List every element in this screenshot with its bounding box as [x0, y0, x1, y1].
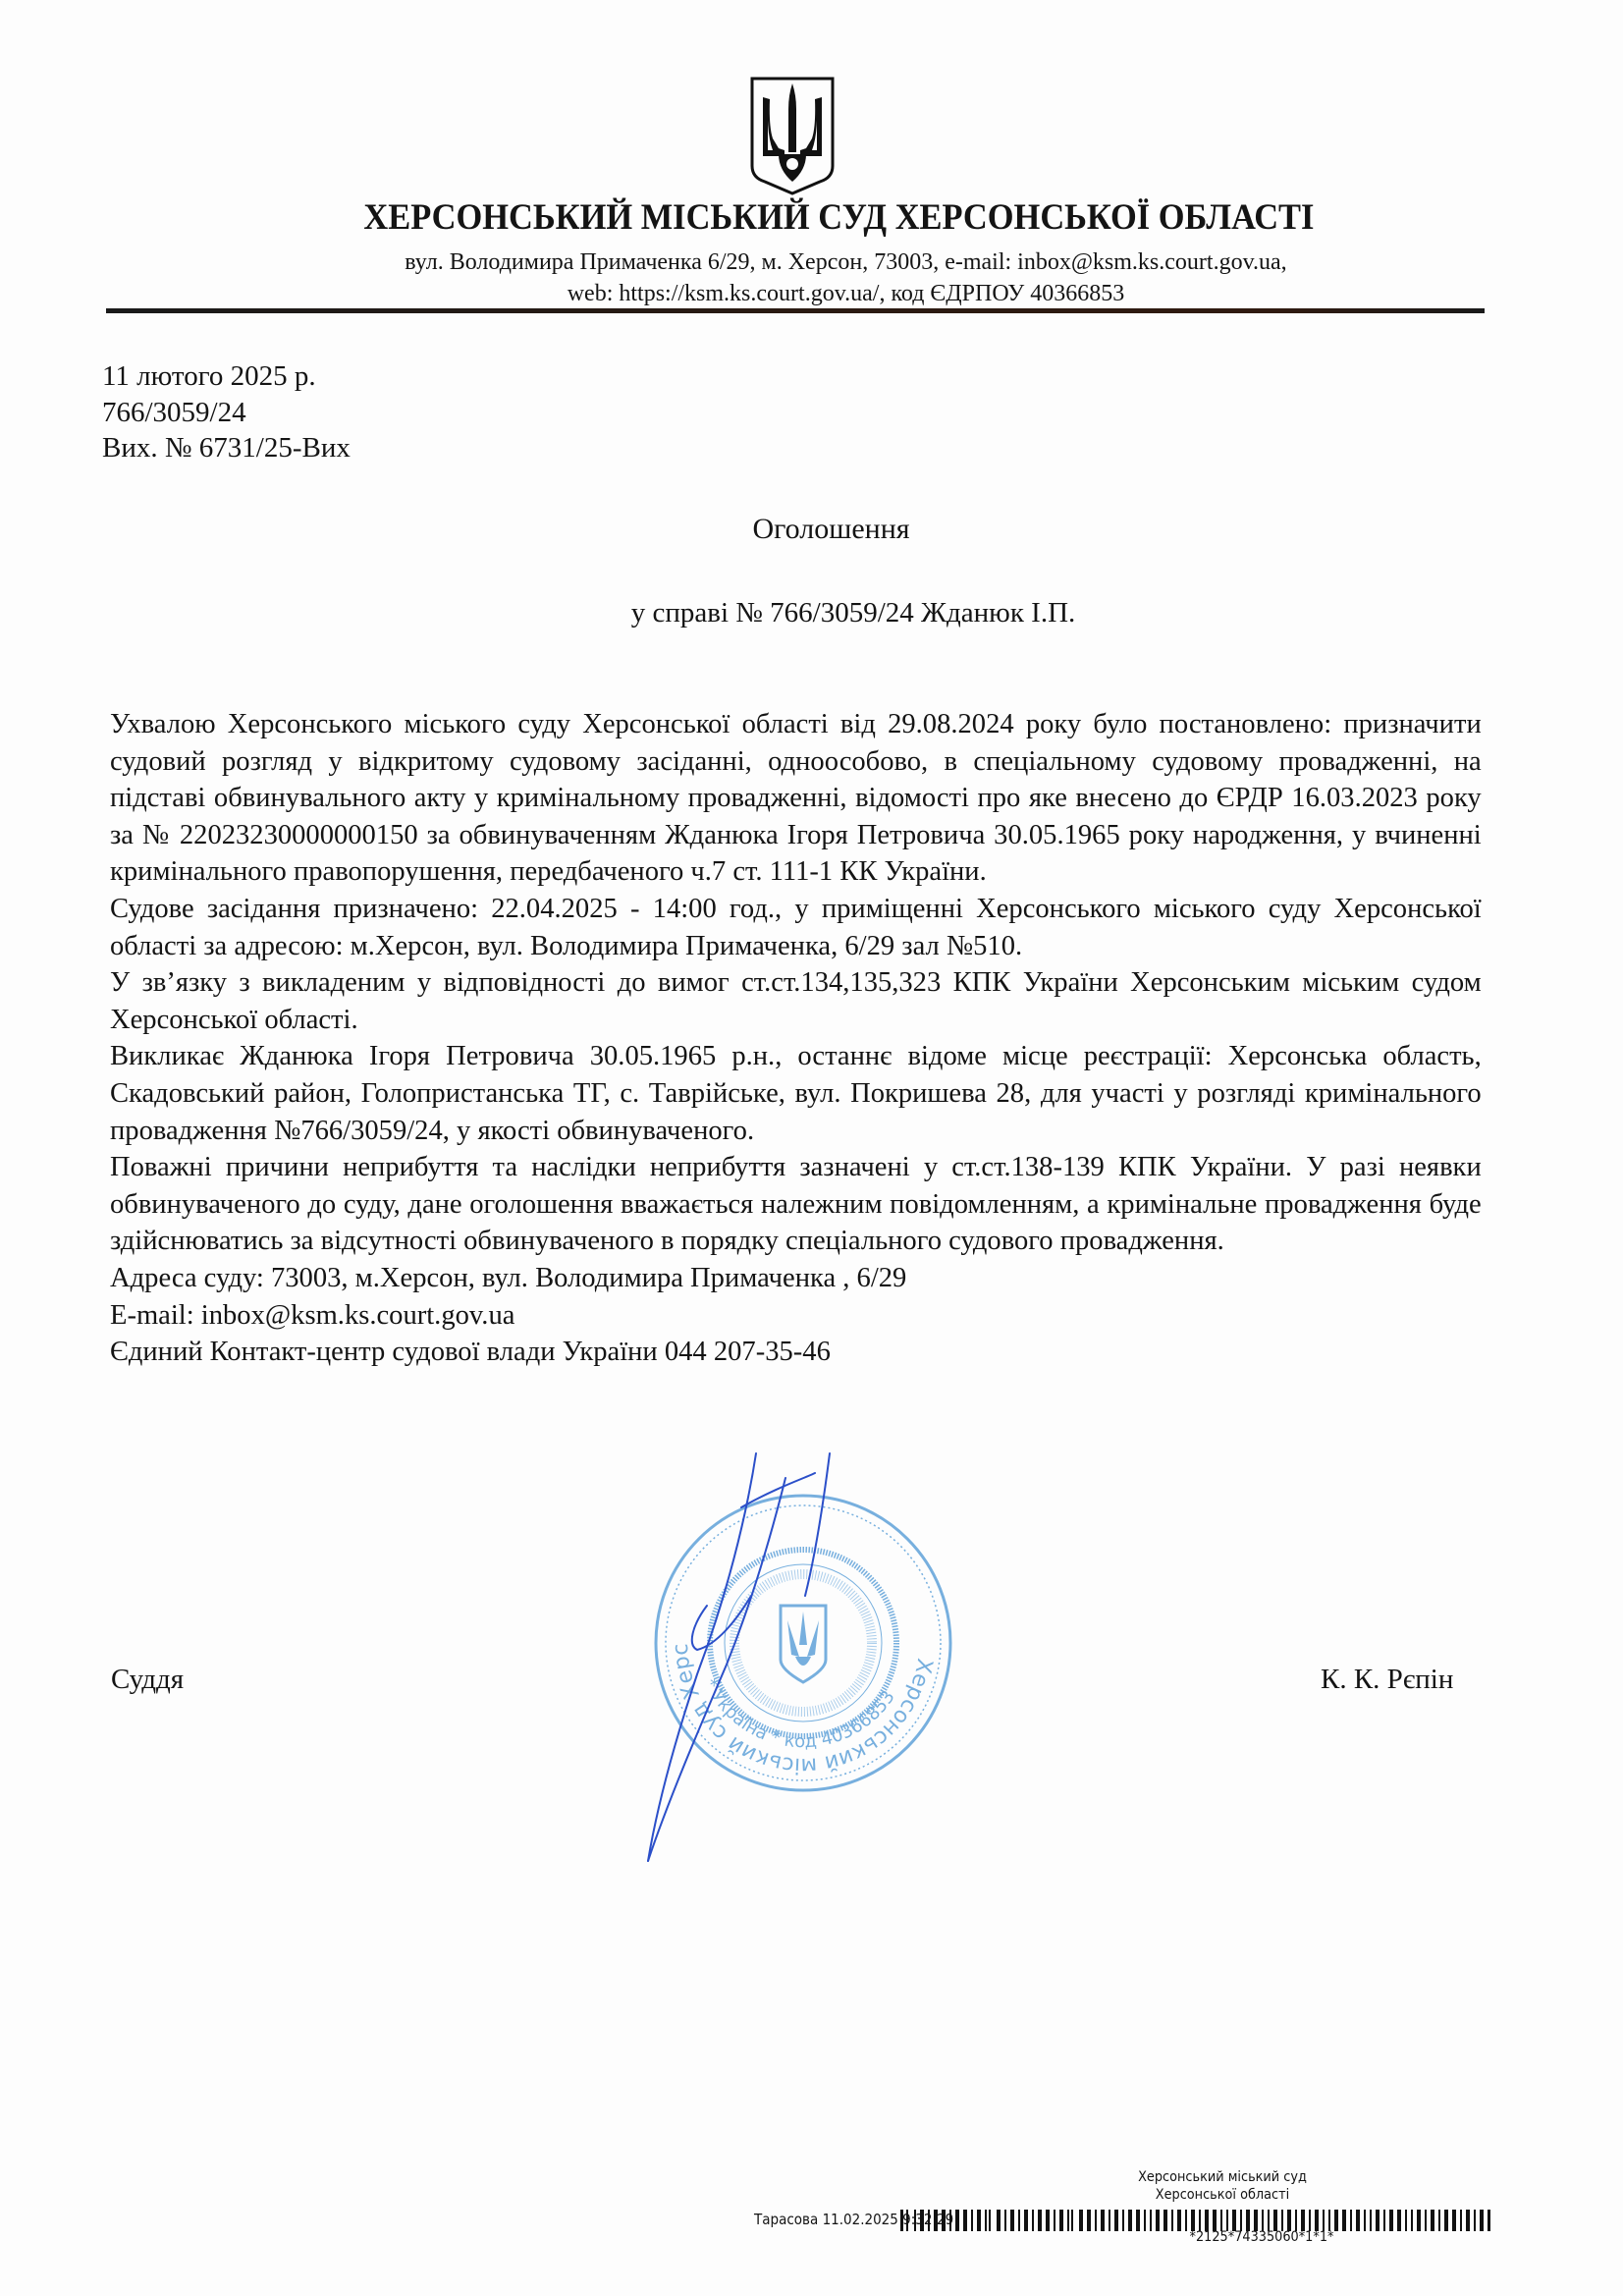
footer-court-line-2: Херсонської області [1078, 2186, 1367, 2204]
court-address-line-1: вул. Володимира Примаченка 6/29, м. Херс… [69, 246, 1623, 278]
contact-center-line: Єдиний Контакт-центр судової влади Украї… [110, 1334, 1482, 1371]
footer-court-name: Херсонський міський суд Херсонської обла… [1078, 2168, 1367, 2204]
outgoing-number: Вих. № 6731/25-Вих [102, 430, 351, 466]
court-address: вул. Володимира Примаченка 6/29, м. Херс… [0, 246, 1623, 309]
court-address-line-2: web: https://ksm.ks.court.gov.ua/, код Є… [69, 278, 1623, 309]
coat-of-arms-icon [749, 76, 836, 195]
paragraph-legal-basis: У зв’язку з викладеним у відповідності д… [110, 964, 1482, 1038]
document-date: 11 лютого 2025 р. [102, 358, 351, 395]
paragraph-consequences: Поважні причини неприбуття та наслідки н… [110, 1149, 1482, 1260]
header-divider [106, 308, 1485, 313]
barcode-icon [900, 2210, 1492, 2231]
judge-name: К. К. Рєпін [1321, 1664, 1453, 1696]
case-number: 766/3059/24 [102, 395, 351, 431]
barcode-number: *2125*74335060*1*1* [1171, 2229, 1352, 2245]
document-meta: 11 лютого 2025 р. 766/3059/24 Вих. № 673… [102, 358, 351, 466]
paragraph-ruling: Ухвалою Херсонського міського суду Херсо… [110, 706, 1482, 891]
footer-court-line-1: Херсонський міський суд [1078, 2168, 1367, 2186]
court-email-line: E-mail: inbox@ksm.ks.court.gov.ua [110, 1297, 1482, 1335]
document-title: Оголошення [0, 513, 1623, 546]
court-name: ХЕРСОНСЬКИЙ МІСЬКИЙ СУД ХЕРСОНСЬКОЇ ОБЛА… [57, 196, 1566, 239]
judge-signature [589, 1449, 913, 1881]
paragraph-hearing-date: Судове засідання призначено: 22.04.2025 … [110, 891, 1482, 964]
court-address-line: Адреса суду: 73003, м.Херсон, вул. Волод… [110, 1260, 1482, 1297]
judge-role: Суддя [111, 1664, 184, 1696]
announcement-body: Ухвалою Херсонського міського суду Херсо… [110, 706, 1482, 1371]
paragraph-summons: Викликає Жданюка Ігоря Петровича 30.05.1… [110, 1038, 1482, 1149]
case-subtitle: у справі № 766/3059/24 Жданюк І.П. [0, 597, 1623, 629]
